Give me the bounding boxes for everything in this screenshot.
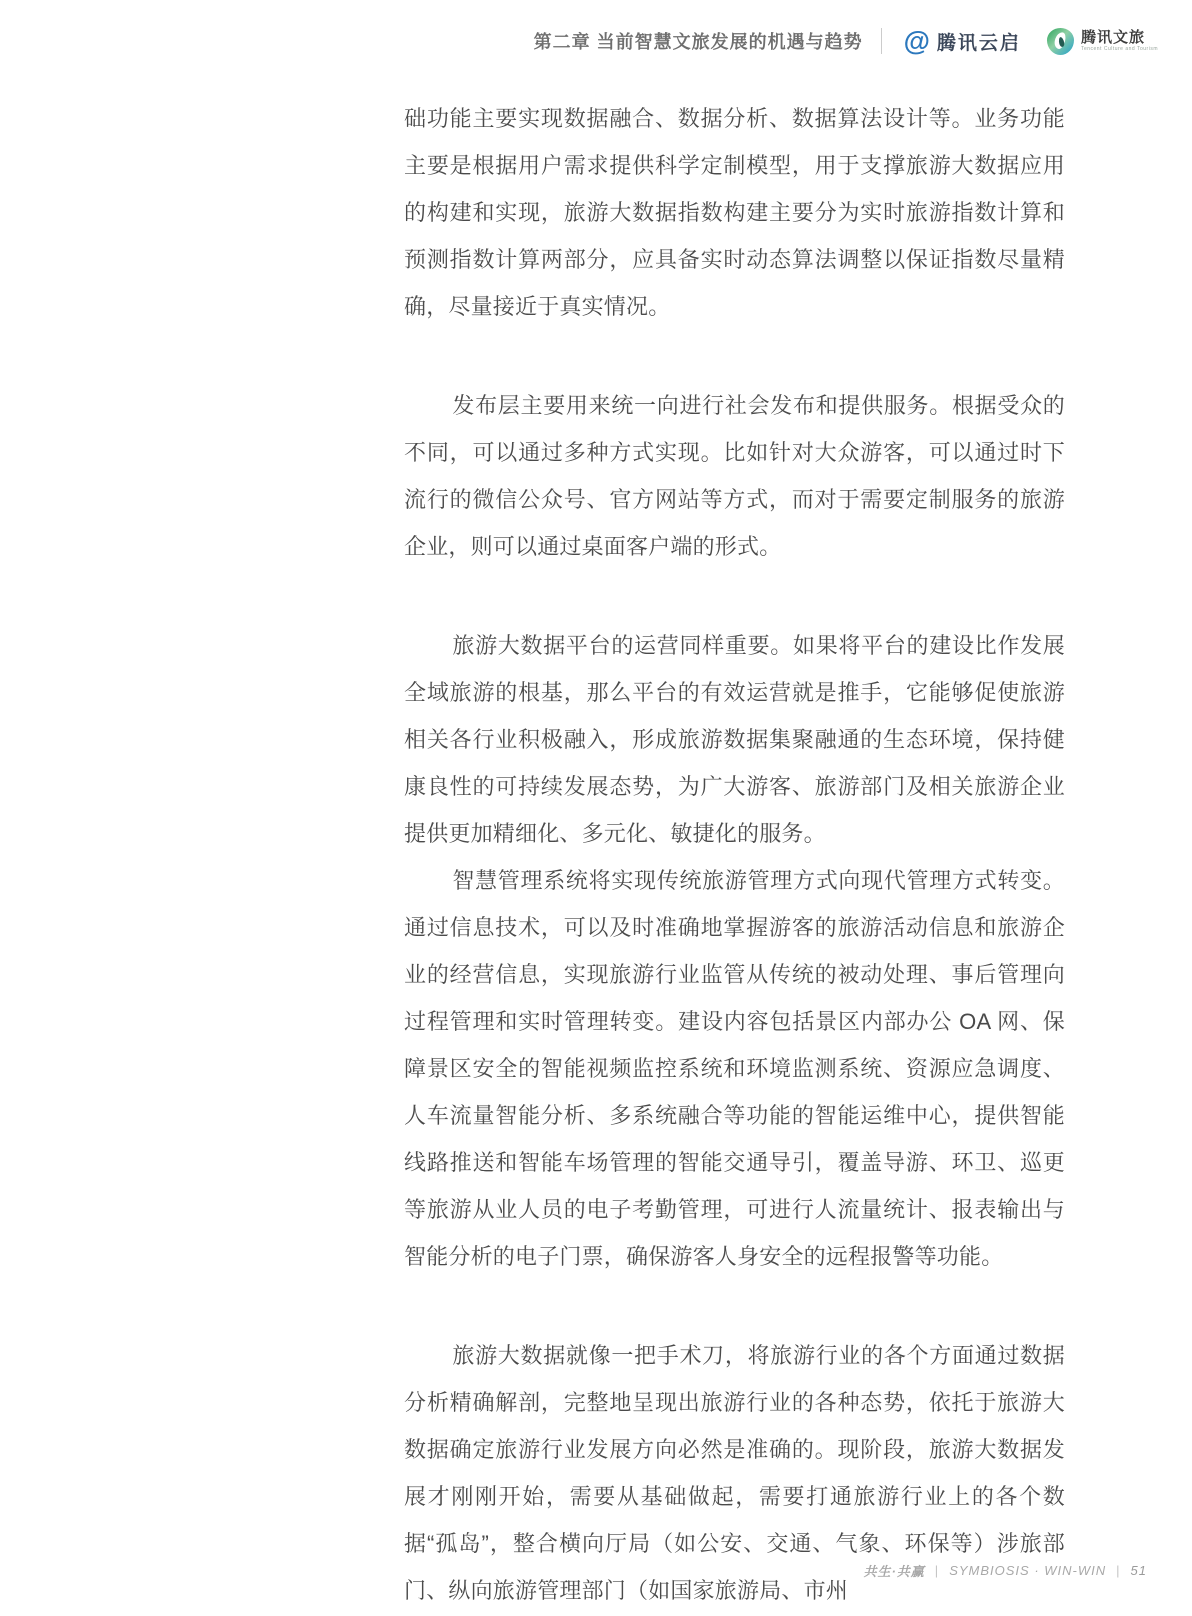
tencent-tourism-tagline: Tencent Culture and Tourism [1081, 47, 1158, 53]
tencent-culture-tourism-logo: 腾讯文旅 Tencent Culture and Tourism [1047, 28, 1158, 55]
tencent-tourism-label: 腾讯文旅 [1081, 30, 1158, 47]
page-number: 51 [1131, 1563, 1147, 1578]
tencent-cloud-spiral-icon: @ [904, 28, 930, 55]
tencent-cloud-qiyun-label: 腾讯云启 [937, 28, 1021, 55]
chapter-title: 第二章 当前智慧文旅发展的机遇与趋势 [534, 28, 863, 54]
body-text-column: 础功能主要实现数据融合、数据分析、数据算法设计等。业务功能主要是根据用户需求提供… [404, 95, 1065, 1614]
page-header: 第二章 当前智慧文旅发展的机遇与趋势 @ 腾讯云启 腾讯文旅 Tencent C… [534, 18, 1158, 64]
footer-motto-chinese: 共生·共赢 [863, 1561, 924, 1580]
paragraph-continuation: 础功能主要实现数据融合、数据分析、数据算法设计等。业务功能主要是根据用户需求提供… [404, 95, 1065, 330]
footer-separator: | [1116, 1563, 1120, 1578]
document-page: 第二章 当前智慧文旅发展的机遇与趋势 @ 腾讯云启 腾讯文旅 Tencent C… [0, 0, 1192, 1616]
paragraph-platform-operation: 旅游大数据平台的运营同样重要。如果将平台的建设比作发展全域旅游的根基，那么平台的… [404, 622, 1065, 857]
page-footer: 共生·共赢 | SYMBIOSIS · WIN-WIN | 51 [863, 1561, 1147, 1580]
paragraph-smart-management: 智慧管理系统将实现传统旅游管理方式向现代管理方式转变。通过信息技术，可以及时准确… [404, 857, 1065, 1280]
footer-separator: | [935, 1563, 939, 1578]
footer-motto-english: SYMBIOSIS · WIN-WIN [949, 1563, 1106, 1578]
tencent-tourism-drop-icon [1047, 28, 1074, 55]
header-divider [881, 28, 882, 54]
tencent-cloud-qiyun-logo: @ 腾讯云启 [904, 28, 1021, 55]
paragraph-publishing-layer: 发布层主要用来统一向进行社会发布和提供服务。根据受众的不同，可以通过多种方式实现… [404, 382, 1065, 570]
